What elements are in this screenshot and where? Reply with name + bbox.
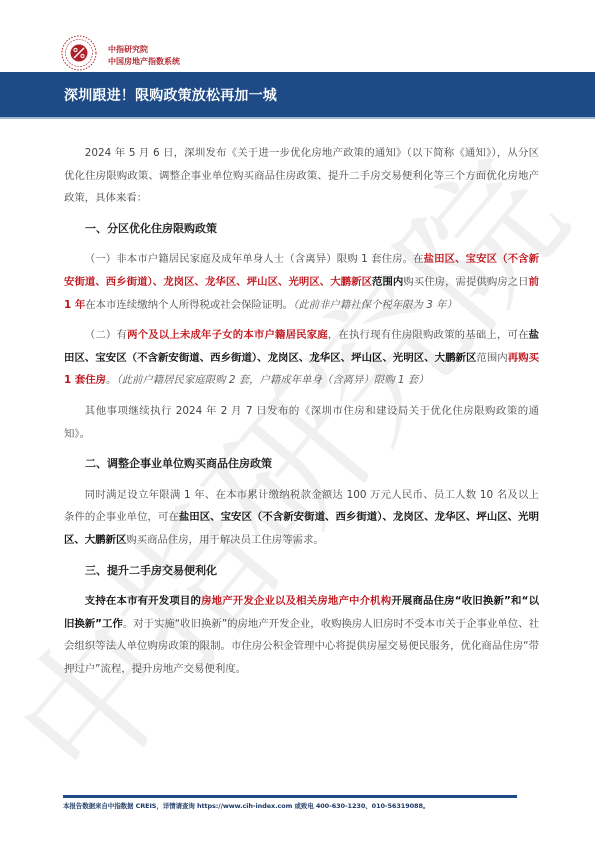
footer-source-note: 本报告数据来自中指数据 CREIS，详情请查询 https://www.cih-… [63, 801, 429, 810]
section-heading-3: 三、提升二手房交易便利化 [64, 560, 539, 583]
section1-paragraph-3: 其他事项继续执行 2024 年 2 月 7 日发布的《深圳市住房和建设局关于优化… [64, 400, 539, 445]
system-name: 中国房地产指数系统 [108, 56, 180, 68]
footer-divider [63, 795, 517, 798]
article-body: 2024 年 5 月 6 日，深圳发布《关于进一步优化房地产政策的通知》（以下简… [64, 142, 539, 680]
section-heading-1: 一、分区优化住房限购政策 [64, 218, 539, 241]
page-title: 深圳跟进！限购政策放松再加一城 [64, 85, 277, 105]
section-heading-2: 二、调整企事业单位购买商品住房政策 [64, 453, 539, 476]
section3-paragraph: 支持在本市有开发项目的房地产开发企业以及相关房地产中介机构开展商品住房“收旧换新… [64, 590, 539, 680]
intro-paragraph: 2024 年 5 月 6 日，深圳发布《关于进一步优化房地产政策的通知》（以下简… [64, 142, 539, 210]
section2-paragraph: 同时满足设立年限满 1 年、在本市累计缴纳税款金额达 100 万元人民币、员工人… [64, 484, 539, 552]
org-header: 中指研究院 中国房地产指数系统 [108, 44, 180, 68]
cih-logo-icon [60, 34, 98, 72]
section1-paragraph-1: （一）非本市户籍居民家庭及成年单身人士（含离异）限购 1 套住房。在盐田区、宝安… [64, 248, 539, 316]
section1-paragraph-2: （二）有两个及以上未成年子女的本市户籍居民家庭，在执行现有住房限购政策的基础上，… [64, 324, 539, 392]
org-name: 中指研究院 [108, 44, 180, 56]
title-banner: 深圳跟进！限购政策放松再加一城 [0, 72, 595, 119]
